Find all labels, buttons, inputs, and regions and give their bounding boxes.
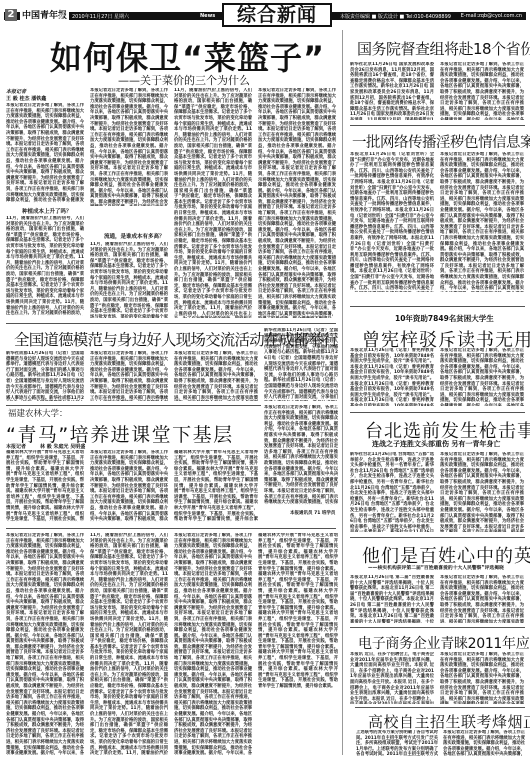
admissions-column-2: 本报记者近日走访多地了解到，各项工作正在有序推进，相关部门表示将继续加大力度落实… — [443, 730, 525, 756]
heroes-column-2: 本报记者近日走访多地了解到，各项工作正在有序推进，相关部门表示将继续加大力度落实… — [440, 575, 524, 623]
state-council-headline: 国务院督查组将赴18个省份查物价 — [357, 38, 530, 59]
lead-column-3: 11月，随着油价汽价上涨的信号，人们对菜价的关注也在上升。为了应对蔬菜价格的波动… — [174, 88, 252, 318]
fujian-column-3: 福建农林大学开展“青年马克思主义者培养工程”，组织学生进课堂、下基层，开展社会实… — [174, 450, 258, 522]
section-divider — [350, 627, 525, 628]
editor-email: E-mail:zqb@cyol.com.cn — [461, 13, 522, 19]
section-divider — [6, 405, 261, 406]
lower-column-3: 本报记者近日走访多地了解到，各项工作正在有序推进，相关部门表示将继续加大力度落实… — [174, 533, 252, 755]
online-porn-headline: 一批网络传播淫秽色情信息案被查处 — [352, 131, 530, 152]
scholarship-column-2: 本报记者近日走访多地了解到，各项工作正在有序推进，相关部门表示将继续加大力度落实… — [440, 348, 524, 406]
online-porn-column-2: 本报记者近日走访多地了解到，各项工作正在有序推进，相关部门表示将继续加大力度落实… — [440, 152, 524, 292]
fujian-column-1: 福建农林大学开展“青年马克思主义者培养工程”，组织学生进课堂、下基层，开展社会实… — [6, 450, 84, 522]
section-divider — [350, 412, 525, 413]
section-divider — [6, 323, 336, 324]
taipei-subhead: 连战之子连胜文头部重伤 另有一青年身亡 — [372, 439, 500, 449]
issue-date: 2010年11月27日 星期六 — [72, 13, 129, 20]
page-number: 2 — [5, 9, 17, 21]
section-title: 综合新闻 — [222, 3, 332, 27]
scholarship-kicker: 10年资助7849名贫困大学生 — [395, 313, 494, 324]
ecommerce-column-1: 本报讯 近日，在多个招聘会上，电子商务企业对2011年应届毕业生表现出浓厚兴趣，… — [350, 652, 434, 704]
editor-contact: 本版责任编辑 ■ 版式设计 ■ Tel:010-64098899 — [340, 13, 451, 20]
fujian-kicker: 福建农林大学： — [8, 407, 68, 419]
lower-column-4: 福建农林大学开展“青年马克思主义者培养工程”，组织学生进课堂、下基层，开展社会实… — [258, 533, 338, 755]
heroes-subhead: ——核实机构获评第二届“百姓最喜爱的十大人民警察”评选揭晓 — [368, 564, 504, 571]
scholarship-column-1: 本报北京11月26日电（记者）曾宪梓教育基金会日前发布报告，10年来资助7849… — [350, 348, 434, 406]
lead-column-1: 本报记者近日走访多地了解到，各项工作正在有序推进，相关部门表示将继续加大力度落实… — [6, 103, 84, 203]
fujian-reporters: 林 毅 朱庭光 吴明盛 — [40, 443, 85, 450]
lead-column-2b: 11月，随着油价汽价上涨的信号，人们对菜价的关注也在上升。为了应对蔬菜价格的波动… — [90, 242, 168, 318]
lower-column-1: 本报记者近日走访多地了解到，各项工作正在有序推进，相关部门表示将继续加大力度落实… — [6, 533, 84, 755]
section-divider — [350, 125, 525, 126]
moral-models-column-4: 新华社成都11月26日电（记者）全国道德模范与身边好人现场交流活动今天在成都举行… — [264, 328, 338, 401]
section-divider — [350, 537, 525, 538]
admissions-headline: 高校自主招生联考烽烟正浓 — [368, 711, 530, 732]
section-divider — [6, 528, 336, 529]
moral-models-column-1: 新华社成都11月26日电（记者）全国道德模范与身边好人现场交流活动今天在成都举行… — [6, 351, 84, 401]
fujian-credit: 本报通讯员 71 班学员 — [290, 510, 335, 516]
section-divider — [355, 707, 525, 708]
fujian-column-4: 本报记者近日走访多地了解到，各项工作正在有序推进，相关部门表示将继续加大力度落实… — [264, 405, 338, 505]
ecommerce-headline: 电子商务企业青睐2011年应届毕业生 — [358, 633, 530, 653]
heroes-column-1: 本报北京11月26日电 第二届“百姓最喜爱的十大人民警察”评选结果揭晓，十位人民… — [350, 575, 434, 623]
lead-column-4: 本报记者近日走访多地了解到，各项工作正在有序推进，相关部门表示将继续加大力度落实… — [258, 88, 336, 318]
state-council-column-2: 本报记者近日走访多地了解到，各项工作正在有序推进，相关部门表示将继续加大力度落实… — [440, 62, 524, 120]
lead-byline: 本报记者 — [6, 88, 26, 95]
column-divider — [342, 30, 343, 755]
fujian-byline: 本报记者 — [6, 443, 26, 450]
decorative-slashes: ///// — [58, 13, 63, 20]
admissions-column-1: 上述联考的发布方案分别明确了各自考试时间。2011年自主招生联考方式引发广泛关注… — [356, 730, 438, 756]
lead-column-2: 本报记者近日走访多地了解到，各项工作正在有序推进，相关部门表示将继续加大力度落实… — [90, 88, 168, 206]
moral-models-column-2: 本报记者近日走访多地了解到，各项工作正在有序推进，相关部门表示将继续加大力度落实… — [90, 351, 168, 401]
taipei-column-1: 新华社台北11月26日电 台湾地区“五都”选举前夕，台北发生枪击事件，连战之子连… — [350, 452, 434, 532]
lower-column-2: 11月，随着油价汽价上涨的信号，人们对菜价的关注也在上升。为了应对蔬菜价格的波动… — [90, 533, 168, 755]
section-divider — [350, 306, 525, 307]
fujian-column-2: 本报记者近日走访多地了解到，各项工作正在有序推进，相关部门表示将继续加大力度落实… — [90, 450, 168, 522]
state-council-column-1: 新华社北京11月26日电 国家发展和改革委员会26日发布消息，11月底到12月初… — [350, 62, 434, 120]
lead-subtitle-circulation: 流通，是谁成本有多高？ — [104, 232, 165, 240]
online-porn-column-1: 本报北京11月26日电（记者刘世昕）全国“扫黄打非”办公室今天发布，近期各地查办… — [350, 152, 434, 292]
taipei-column-2: 本报记者近日走访多地了解到，各项工作正在有序推进，相关部门表示将继续加大力度落实… — [440, 452, 524, 532]
news-tag: News — [200, 13, 215, 19]
ecommerce-column-2: 本报记者近日走访多地了解到，各项工作正在有序推进，相关部门表示将继续加大力度落实… — [440, 652, 524, 704]
lead-subhead: ——关于菜价的三个为什么 — [118, 72, 250, 88]
moral-models-column-3: 本报记者近日走访多地了解到，各项工作正在有序推进，相关部门表示将继续加大力度落实… — [174, 351, 258, 401]
lead-subtitle-cost: 种植成本上升了吗？ — [22, 207, 72, 215]
lead-reporters: 王 毅 桂杰 潘铁鑫 — [6, 95, 46, 102]
lead-column-1b: 11月，随着油价汽价上涨的信号，人们对菜价的关注也在上升。为了应对蔬菜价格的波动… — [6, 216, 84, 316]
